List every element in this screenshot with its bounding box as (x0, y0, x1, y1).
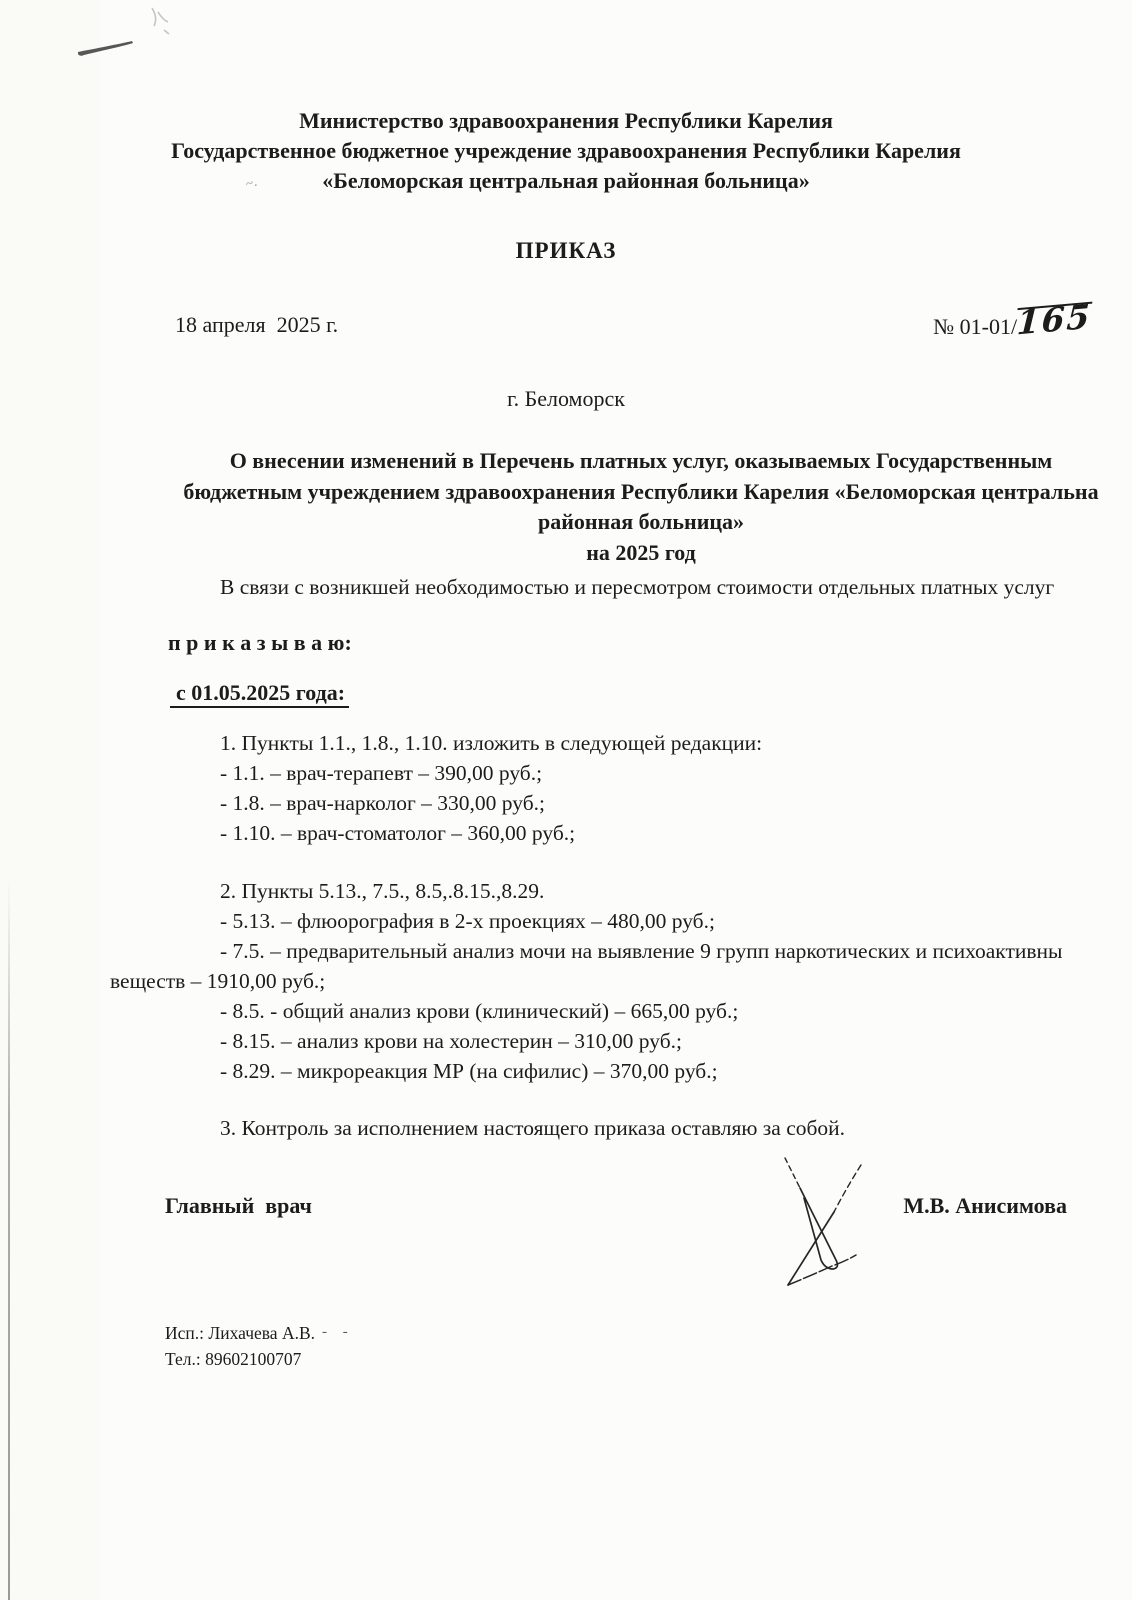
document-number-handwritten: 165 (1016, 302, 1092, 337)
scanned-order-document: ~. Министерство здравоохранения Республи… (0, 0, 1132, 1600)
phone-line: Тел.: 89602100707 (165, 1346, 315, 1372)
order-word: п р и к а з ы в а ю: (168, 630, 352, 656)
pen-dash-artifact (60, 0, 240, 70)
org-line-1: Министерство здравоохранения Республики … (0, 106, 1132, 136)
document-date: 18 апреля 2025 г. (175, 312, 338, 338)
section2-item: - 8.29. – микрореакция МР (на сифилис) –… (220, 1056, 718, 1086)
signer-name: М.В. Анисимова (903, 1193, 1067, 1219)
document-type-heading: ПРИКАЗ (0, 238, 1132, 264)
intro-paragraph: В связи с возникшей необходимостью и пер… (110, 572, 1102, 602)
executor-line: Исп.: Лихачева А.В. (165, 1320, 315, 1346)
section2-item: - 7.5. – предварительный анализ мочи на … (220, 936, 1132, 966)
section2-item: - 8.15. – анализ крови на холестерин – 3… (220, 1026, 682, 1056)
title-line-4: на 2025 год (90, 538, 1132, 569)
signer-title: Главный врач (165, 1193, 312, 1219)
section2-item: - 5.13. – флюорография в 2-х проекциях –… (220, 906, 715, 936)
section1-heading: 1. Пункты 1.1., 1.8., 1.10. изложить в с… (220, 728, 762, 758)
org-line-3: «Беломорская центральная районная больни… (0, 166, 1132, 196)
section1-item: - 1.8. – врач-нарколог – 330,00 руб.; (220, 788, 545, 818)
title-line-3: районная больница» (90, 507, 1132, 538)
footer-block: Исп.: Лихачева А.В. Тел.: 89602100707 (165, 1320, 315, 1372)
section1-item: - 1.10. – врач-стоматолог – 360,00 руб.; (220, 818, 575, 848)
effective-date-line: с 01.05.2025 года: (170, 680, 349, 706)
document-title: О внесении изменений в Перечень платных … (90, 446, 1132, 568)
handwritten-signature (752, 1112, 882, 1302)
pen-marks-artifact: - - (322, 1324, 354, 1341)
document-number: № 01-01/165 (933, 308, 1092, 340)
document-number-prefix: № 01-01/ (933, 314, 1017, 339)
letterhead: Министерство здравоохранения Республики … (0, 106, 1132, 196)
section2-heading: 2. Пункты 5.13., 7.5., 8.5,.8.15.,8.29. (220, 876, 544, 906)
title-line-1: О внесении изменений в Перечень платных … (90, 446, 1132, 477)
section1-item: - 1.1. – врач-терапевт – 390,00 руб.; (220, 758, 542, 788)
section2-item-wrap: веществ – 1910,00 руб.; (110, 966, 325, 996)
section2-item: - 8.5. - общий анализ крови (клинический… (220, 996, 738, 1026)
title-line-2: бюджетным учреждением здравоохранения Ре… (90, 477, 1132, 508)
org-line-2: Государственное бюджетное учреждение здр… (0, 136, 1132, 166)
document-city: г. Беломорск (0, 386, 1132, 412)
